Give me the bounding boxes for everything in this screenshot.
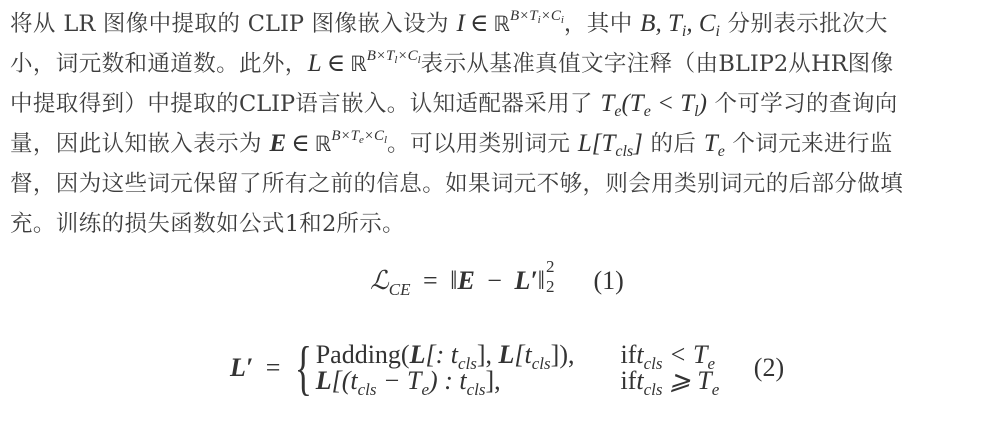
math-op: ∈ (465, 10, 494, 37)
text: 督，因为这些词元保留了所有之前的信息。如果词元不够，则会用类别词元的后部分做填 (10, 171, 903, 197)
document: 将从 LR 图像中提取的 CLIP 图像嵌入设为 I∈ℝB×Ti×Ci，其中 B… (0, 0, 984, 422)
text: 2 (322, 211, 336, 237)
math-var: T (704, 130, 718, 157)
math-text: Padding( (316, 340, 410, 369)
case-rows: Padding(L[: tcls], L[tcls]), iftcls < Te… (316, 342, 720, 394)
math-text: B×T (367, 48, 395, 64)
math-var: t (636, 366, 643, 395)
text: 所示。 (336, 211, 405, 237)
math-text: [(t (332, 366, 358, 395)
inline-math: B, Ti, Ci (640, 10, 720, 37)
math-text: [T (592, 130, 616, 157)
math-sub: cls (615, 143, 633, 160)
math-op: − (481, 266, 508, 295)
math-text: if (620, 340, 636, 369)
math-set: ℝ (350, 52, 367, 76)
math-var: L′ (230, 353, 253, 382)
math-var: E (269, 130, 286, 157)
math-sub: cls (467, 380, 486, 399)
case-2-expr: L[(tcls − Te) : tcls], (316, 368, 575, 394)
math-var: I (457, 10, 465, 37)
text: CLIP (248, 11, 304, 37)
math-sub: cls (358, 380, 377, 399)
cases: { Padding(L[: tcls], L[tcls]), iftcls < … (293, 338, 719, 398)
math-var: L (308, 50, 322, 77)
text: 个可学习的查询向 (714, 91, 897, 117)
text-line-3: 中提取得到）中提取的CLIP语言嵌入。认知适配器采用了 Te(Te < Tl) … (10, 84, 984, 124)
text: CLIP (239, 91, 295, 117)
text: HR (811, 51, 848, 77)
inline-math: L[Tcls] (578, 130, 643, 157)
text: 的后 (650, 131, 696, 157)
text-line-6: 充。训练的损失函数如公式1和2所示。 (10, 204, 984, 244)
text: 图像 (848, 51, 894, 77)
text: 图像中提取的 (103, 11, 240, 37)
inline-math: L∈ℝB×Tl×Cl (308, 50, 421, 77)
math-sup: B×Te×Cl (331, 128, 387, 144)
math-text: ×C (541, 8, 561, 24)
math-text: (T (621, 90, 643, 117)
math-set: ℝ (493, 12, 510, 36)
text: 充。训练的损失函数如公式 (10, 211, 285, 237)
inline-math: E∈ℝB×Te×Cl (269, 130, 387, 157)
text: 小，词元数和通道数。此外， (10, 51, 308, 77)
math-sub: 2 (546, 277, 555, 297)
text: 和 (299, 211, 322, 237)
math-text: , C (686, 10, 715, 37)
text: 语言嵌入。认知适配器采用了 (295, 91, 593, 117)
text: 分别表示批次大 (728, 11, 888, 37)
math-text: B×T (510, 8, 538, 24)
math-op: ∈ (322, 50, 351, 77)
math-sup: B×Ti×Ci (510, 8, 564, 24)
text: LR (63, 11, 95, 37)
math-sub: cls (644, 380, 663, 399)
math-text: < T (663, 340, 708, 369)
inline-math: Te (704, 130, 725, 157)
math-op: = (417, 266, 444, 295)
math-set: ℝ (315, 132, 332, 156)
math-text: < T (651, 90, 694, 117)
case-1-expr: Padding(L[: tcls], L[tcls]), (316, 342, 575, 368)
math-sub: e (718, 143, 725, 160)
math-var: t (636, 340, 643, 369)
math-var: T (600, 90, 614, 117)
case-2-condition: iftcls ⩾ Te (620, 368, 719, 394)
math-sub: e (421, 380, 429, 399)
math-text: B×T (331, 128, 359, 144)
text: 从 (788, 51, 811, 77)
text: 量，因此认知嵌入表示为 (10, 131, 262, 157)
math-text: ] (633, 130, 643, 157)
math-var: ℒ (370, 266, 389, 295)
equation-number: (1) (563, 266, 623, 295)
case-1-condition: iftcls < Te (620, 342, 719, 368)
math-text: ]), (551, 340, 575, 369)
math-text: ⩾ T (663, 366, 712, 395)
math-text: ) : t (429, 366, 467, 395)
inline-math: Te(Te < Tl) (600, 90, 706, 117)
math-sub: e (644, 103, 651, 120)
math-sub: i (716, 23, 720, 40)
math-var: L (499, 340, 515, 369)
text: BLIP2 (718, 51, 788, 77)
text: ，其中 (564, 11, 633, 37)
math-sub: e (712, 380, 720, 399)
text: 个词元来进行监 (732, 131, 892, 157)
math-text: ‖ (538, 266, 545, 295)
math-sup: 2 (546, 257, 555, 277)
math-sub: CE (389, 280, 411, 299)
text-line-2: 小，词元数和通道数。此外，L∈ℝB×Tl×Cl表示从基准真值文字注释（由BLIP… (10, 44, 984, 84)
math-var: L (410, 340, 426, 369)
brace: { (295, 338, 312, 398)
text: 表示从基准真值文字注释（由 (421, 51, 719, 77)
math-op: = (260, 353, 287, 382)
math-supsub: 22 (545, 279, 557, 289)
math-text: ], (477, 340, 499, 369)
math-text: ], (485, 366, 500, 395)
inline-math: I∈ℝB×Ti×Ci (457, 10, 564, 37)
math-var: E (457, 266, 474, 295)
math-text: if (620, 366, 636, 395)
text: 将从 (10, 11, 56, 37)
text-line-5: 督，因为这些词元保留了所有之前的信息。如果词元不够，则会用类别词元的后部分做填 (10, 164, 984, 204)
math-text: − T (376, 366, 421, 395)
math-sup: B×Tl×Cl (367, 48, 421, 64)
math-op: ∈ (286, 130, 315, 157)
text: 中提取得到）中提取的 (10, 91, 239, 117)
equation-1: ℒCE = ‖E − L′‖22 (1) (370, 266, 624, 296)
equation-2: L′ = { Padding(L[: tcls], L[tcls]), iftc… (230, 338, 784, 398)
math-text: [: t (425, 340, 458, 369)
math-text: [t (514, 340, 531, 369)
math-var: L (316, 366, 332, 395)
text: 1 (285, 211, 299, 237)
math-var: L (578, 130, 592, 157)
math-text: B, T (640, 10, 682, 37)
math-text: ×C (397, 48, 417, 64)
math-var: L′ (514, 266, 537, 295)
equation-number: (2) (726, 353, 784, 382)
paragraph: 将从 LR 图像中提取的 CLIP 图像嵌入设为 I∈ℝB×Ti×Ci，其中 B… (10, 4, 984, 244)
text-line-4: 量，因此认知嵌入表示为 E∈ℝB×Te×Cl。可以用类别词元 L[Tcls] 的… (10, 124, 984, 164)
math-text: ) (699, 90, 707, 117)
text-line-1: 将从 LR 图像中提取的 CLIP 图像嵌入设为 I∈ℝB×Ti×Ci，其中 B… (10, 4, 984, 44)
text: 。可以用类别词元 (387, 131, 570, 157)
math-text: ×C (364, 128, 384, 144)
text: 图像嵌入设为 (312, 11, 449, 37)
